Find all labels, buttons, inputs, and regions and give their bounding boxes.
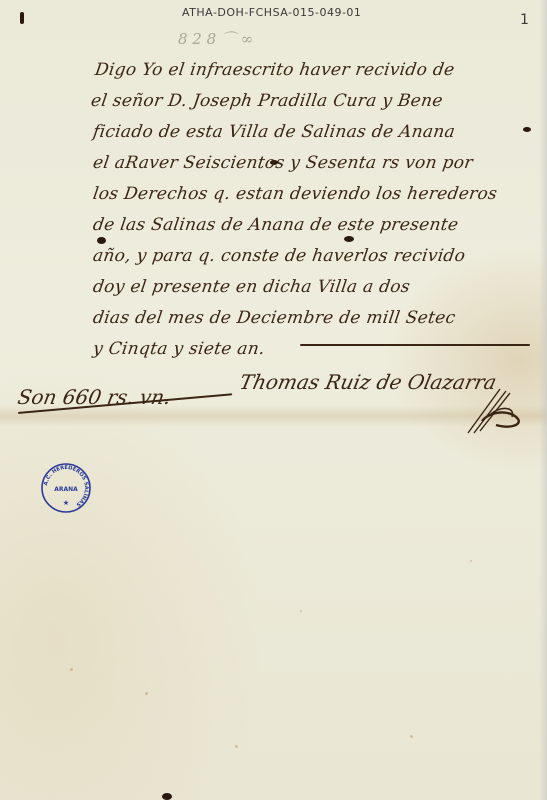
signature-rubric-icon bbox=[460, 385, 530, 435]
manuscript-line: ficiado de esta Villa de Salinas de Anan… bbox=[91, 117, 547, 148]
svg-text:ARANA: ARANA bbox=[54, 486, 78, 493]
ink-blot bbox=[20, 12, 24, 24]
manuscript-line: Digo Yo el infraescrito haver recivido d… bbox=[93, 55, 547, 86]
foxing-speck bbox=[410, 735, 413, 738]
manuscript-line: dias del mes de Deciembre de mill Setec bbox=[91, 303, 547, 334]
manuscript-line: el señor D. Joseph Pradilla Cura y Bene bbox=[89, 86, 547, 117]
archive-reference-code: ATHA-DOH-FCHSA-015-049-01 bbox=[182, 6, 361, 19]
foxing-speck bbox=[470, 560, 472, 562]
manuscript-line: de las Salinas de Anana de este presente bbox=[91, 210, 547, 241]
manuscript-line: los Derechos q. estan deviendo los hered… bbox=[91, 179, 547, 210]
foxing-speck bbox=[145, 692, 148, 695]
manuscript-page: ATHA-DOH-FCHSA-015-049-01 1 8 2 8 ⌒ ∞ Di… bbox=[0, 0, 547, 800]
folio-number: 1 bbox=[520, 12, 529, 28]
closing-rule-line bbox=[300, 344, 530, 346]
manuscript-line: el aRaver Seiscientos y Sesenta rs von p… bbox=[91, 148, 547, 179]
manuscript-line: y Cinqta y siete an. bbox=[91, 334, 547, 365]
foxing-speck bbox=[70, 668, 73, 671]
faded-pencil-notation: 8 2 8 ⌒ ∞ bbox=[178, 28, 253, 49]
svg-text:★: ★ bbox=[63, 499, 69, 507]
manuscript-body: Digo Yo el infraescrito haver recivido d… bbox=[95, 55, 545, 365]
ink-blot bbox=[162, 793, 172, 800]
foxing-speck bbox=[300, 610, 302, 612]
manuscript-line: doy el presente en dicha Villa a dos bbox=[91, 272, 547, 303]
archive-stamp-icon: A.C. HEREDEROS SALINAS ARANA ★ bbox=[40, 462, 92, 514]
foxing-speck bbox=[235, 745, 238, 748]
manuscript-line: año, y para q. conste de haverlos recivi… bbox=[91, 241, 547, 272]
